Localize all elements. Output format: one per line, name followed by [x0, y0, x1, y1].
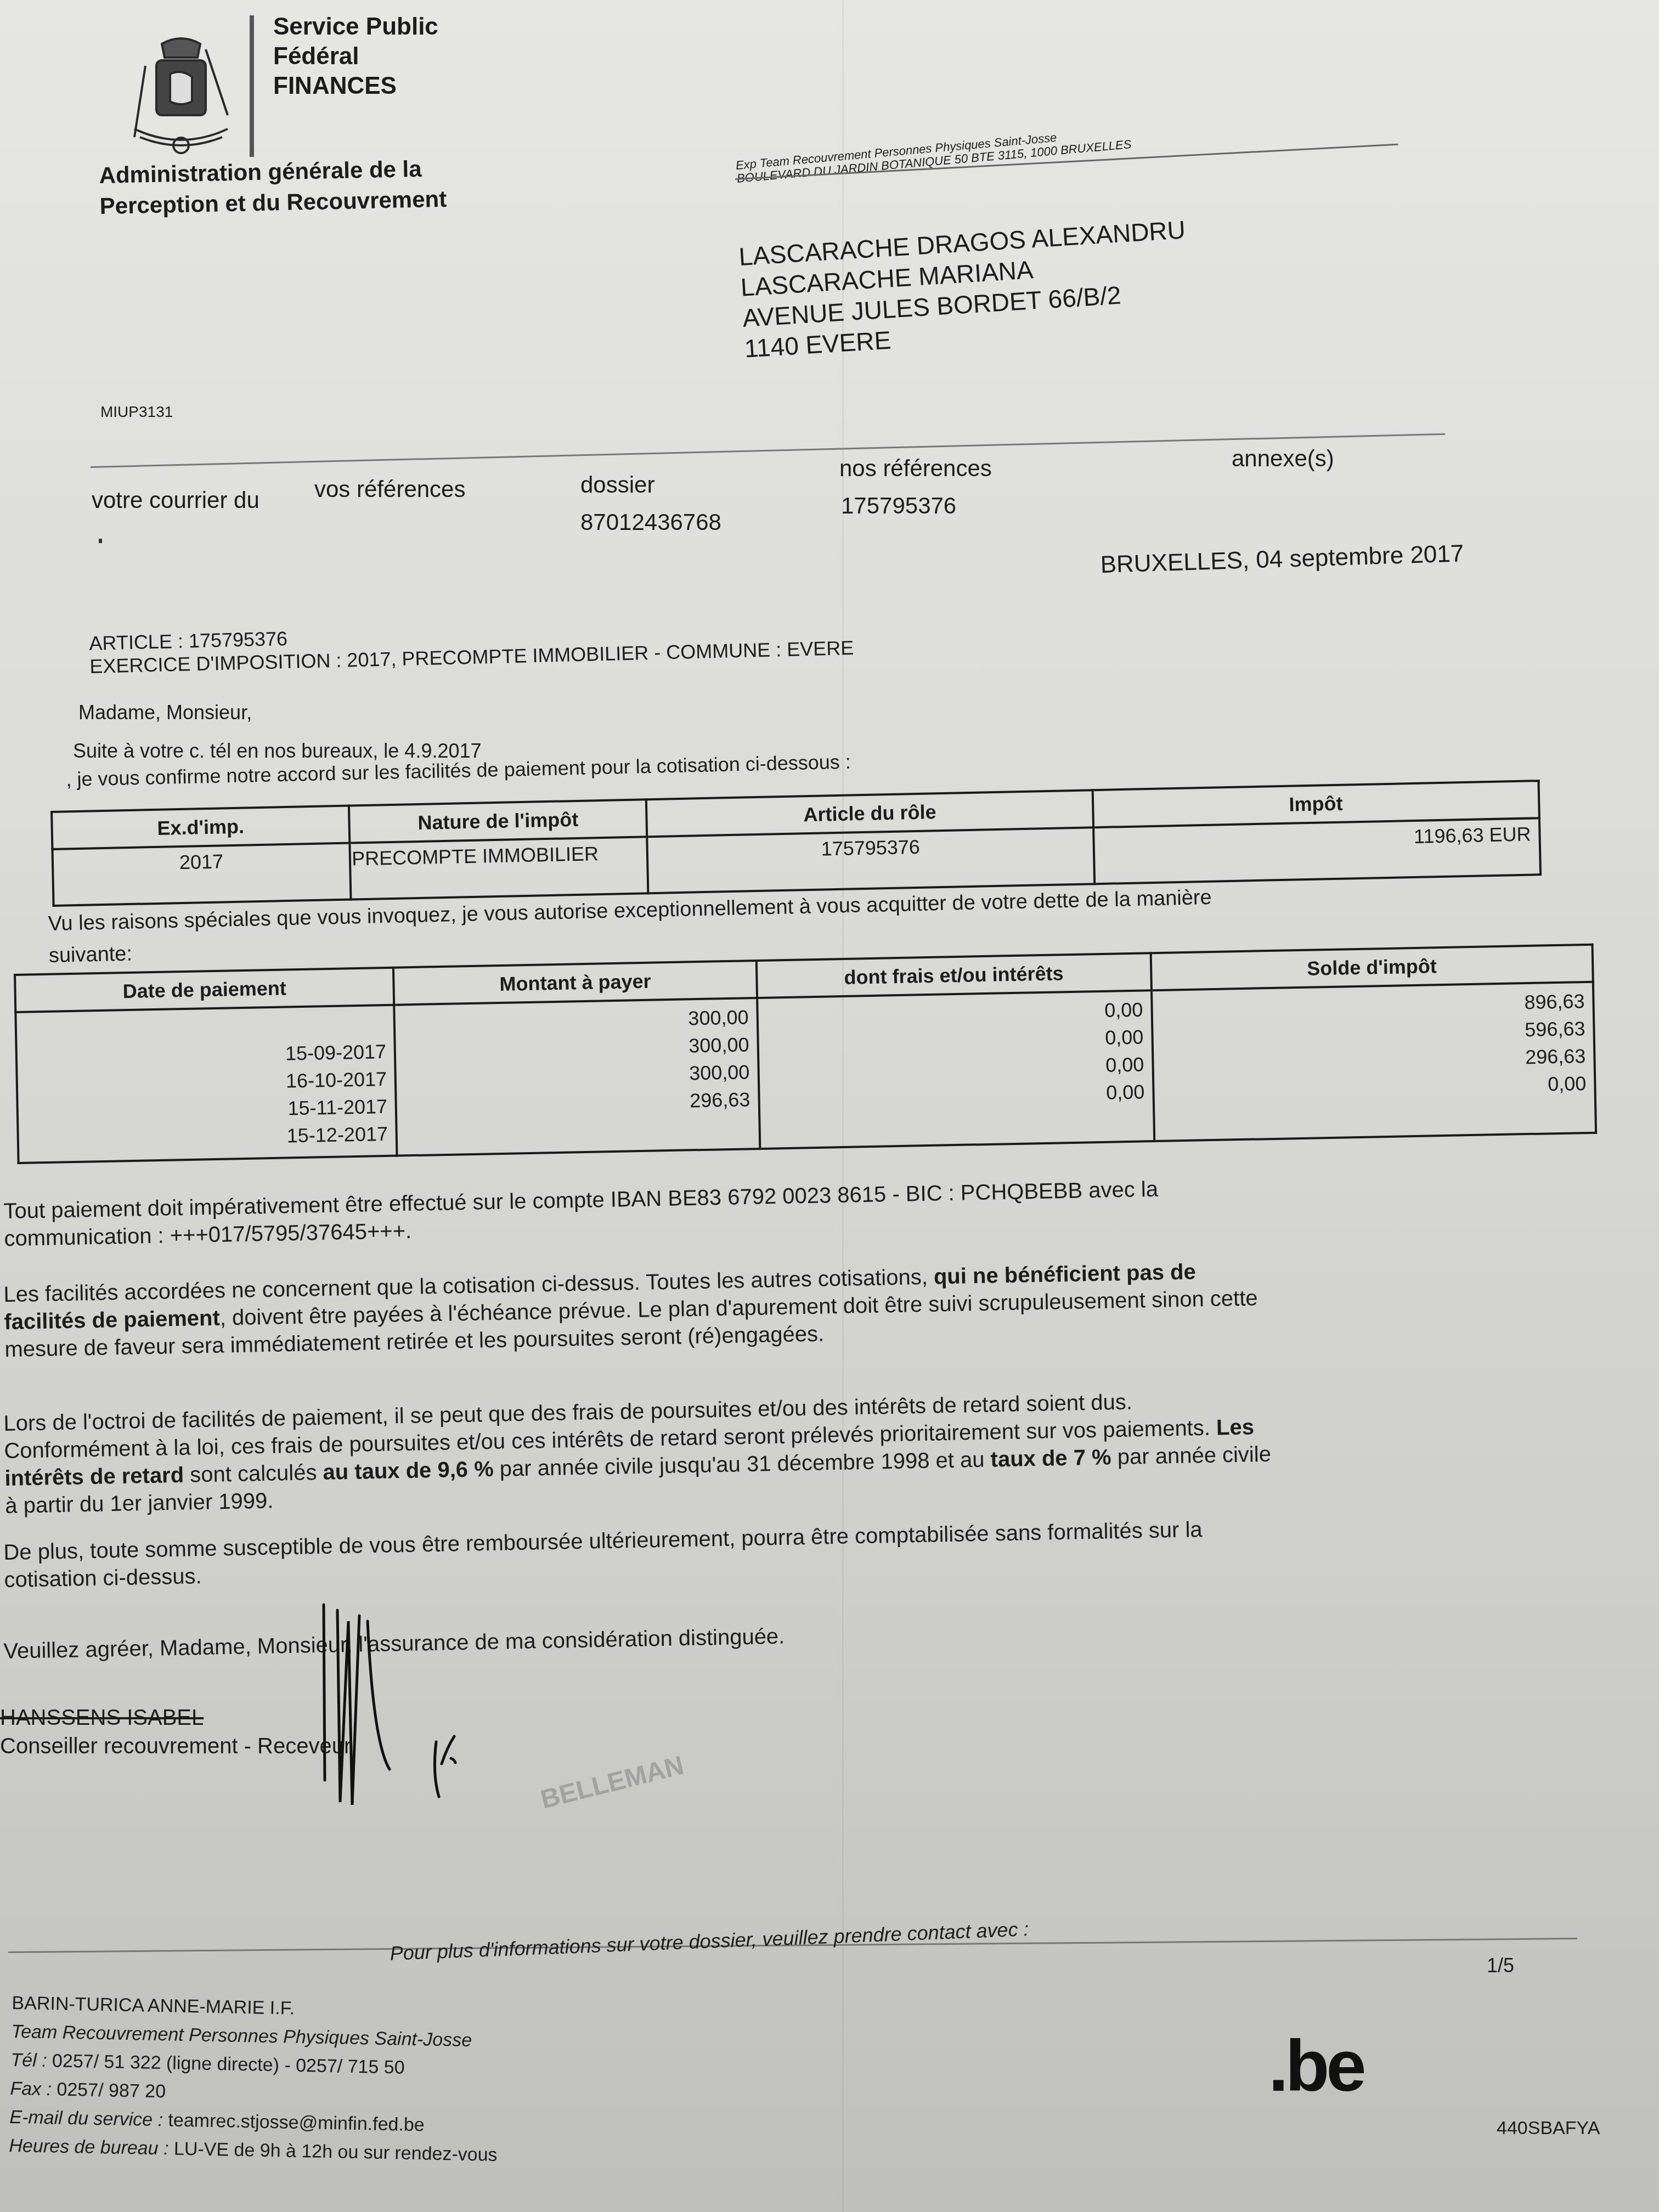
votre-courrier-label: votre courrier du — [92, 487, 259, 513]
annexes-label: annexe(s) — [1232, 445, 1334, 472]
dossier-label: dossier — [580, 472, 654, 498]
subject-block: ARTICLE : 175795376 EXERCICE D'IMPOSITIO… — [89, 613, 854, 678]
contact-block: BARIN-TURICA ANNE-MARIE I.F. Team Recouv… — [9, 1989, 500, 2169]
be-logo-icon: .be — [1268, 2024, 1363, 2107]
signatory-title: Conseiller recouvrement - Receveur — [0, 1732, 351, 1760]
page-number: 1/5 — [1487, 1954, 1514, 1977]
payment-fees-column: 0,000,000,000,00 — [757, 990, 1154, 1149]
intro-text: Suite à votre c. tél en nos bureaux, le … — [73, 740, 482, 763]
refund-paragraph: De plus, toute somme susceptible de vous… — [3, 1516, 1203, 1594]
dossier-value: 87012436768 — [580, 509, 721, 535]
payment-amounts-column: 300,00300,00300,00296,63 — [394, 998, 760, 1156]
payment-instruction: Tout paiement doit impérativement être e… — [3, 1176, 1159, 1252]
recipient-address: LASCARACHE DRAGOS ALEXANDRU LASCARACHE M… — [738, 214, 1192, 364]
organization-name: Service Public Fédéral FINANCES — [273, 12, 438, 101]
payment-plan-table: Date de paiement Montant à payer dont fr… — [14, 944, 1597, 1164]
letter-page: Service Public Fédéral FINANCES Administ… — [0, 0, 1659, 2212]
administration-name: Administration générale de la Perception… — [99, 153, 447, 222]
signatory-name: HANSSENS ISABEL — [0, 1703, 351, 1732]
facilities-paragraph: Les facilités accordées ne concernent qu… — [3, 1257, 1259, 1363]
email-link[interactable]: teamrec.stjosse@minfin.fed.be — [168, 2110, 425, 2136]
internal-code: MIUP3131 — [100, 403, 173, 421]
header-divider — [250, 15, 254, 157]
tax-table: Ex.d'imp. Nature de l'impôt Article du r… — [50, 780, 1542, 907]
place-date: BRUXELLES, 04 septembre 2017 — [1100, 540, 1464, 579]
stamp-text: BELLEMAN — [538, 1750, 687, 1815]
coat-of-arms-icon — [123, 33, 239, 159]
header-exercice: Ex.d'imp. — [52, 806, 349, 849]
payment-balance-column: 896,63596,63296,630,00 — [1152, 982, 1596, 1141]
vos-references-label: vos références — [314, 476, 465, 503]
payment-dates-column: 15-09-201716-10-201715-11-201715-12-2017 — [15, 1005, 397, 1163]
salutation: Madame, Monsieur, — [78, 701, 252, 724]
document-id: 440SBAFYA — [1497, 2118, 1600, 2139]
interests-paragraph: Lors de l'octroi de facilités de paiemen… — [3, 1386, 1272, 1520]
header-nature: Nature de l'impôt — [349, 799, 647, 843]
ink-dot — [99, 539, 102, 543]
signatory-block: HANSSENS ISABEL Conseiller recouvrement … — [0, 1703, 351, 1760]
header-montant: Montant à payer — [393, 961, 757, 1005]
contact-heading: Pour plus d'informations sur votre dossi… — [390, 1917, 1029, 1965]
nos-references-value: 175795376 — [841, 493, 956, 519]
nos-references-label: nos références — [839, 455, 992, 482]
handwritten-signature-icon — [307, 1599, 494, 1808]
